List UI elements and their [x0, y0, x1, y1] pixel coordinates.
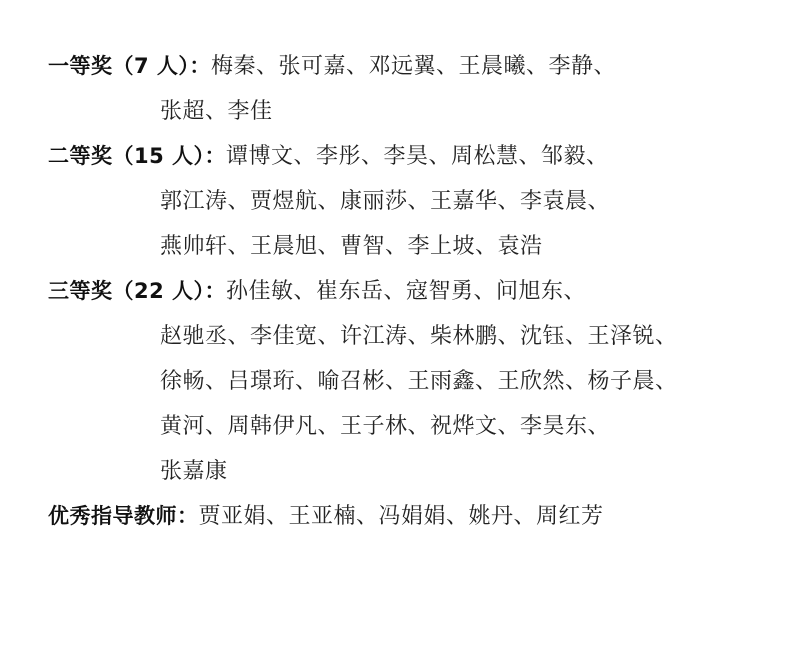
third-prize-names: 徐畅、吕璟珩、喻召彬、王雨鑫、王欣然、杨子晨、	[160, 369, 678, 394]
third-prize-names: 张嘉康	[160, 459, 228, 484]
third-prize-names: 赵驰丞、李佳宽、许江涛、柴林鹏、沈钰、王泽锐、	[160, 324, 678, 349]
first-prize-section: 一等奖（7 人）：梅秦、张可嘉、邓远翼、王晨曦、李静、 张超、李佳	[48, 44, 788, 134]
third-prize-line-3: 徐畅、吕璟珩、喻召彬、王雨鑫、王欣然、杨子晨、	[48, 359, 788, 404]
third-prize-names: 黄河、周韩伊凡、王子林、祝烨文、李昊东、	[160, 414, 610, 439]
second-prize-line-1: 二等奖（15 人）：谭博文、李彤、李昊、周松慧、邹毅、	[48, 134, 788, 179]
second-prize-line-3: 燕帅轩、王晨旭、曹智、李上坡、袁浩	[48, 224, 788, 269]
second-prize-names: 郭江涛、贾煜航、康丽莎、王嘉华、李袁晨、	[160, 189, 610, 214]
excellent-advisors-names: 贾亚娟、王亚楠、冯娟娟、姚丹、周红芳	[199, 504, 604, 529]
third-prize-line-2: 赵驰丞、李佳宽、许江涛、柴林鹏、沈钰、王泽锐、	[48, 314, 788, 359]
first-prize-names: 张超、李佳	[160, 99, 273, 124]
excellent-advisors-line-1: 优秀指导教师：贾亚娟、王亚楠、冯娟娟、姚丹、周红芳	[48, 494, 788, 539]
third-prize-names: 孙佳敏、崔东岳、寇智勇、问旭东、	[226, 279, 586, 304]
excellent-advisors-label: 优秀指导教师：	[48, 504, 199, 528]
third-prize-line-5: 张嘉康	[48, 449, 788, 494]
third-prize-line-1: 三等奖（22 人）：孙佳敏、崔东岳、寇智勇、问旭东、	[48, 269, 788, 314]
award-list-document: 一等奖（7 人）：梅秦、张可嘉、邓远翼、王晨曦、李静、 张超、李佳 二等奖（15…	[48, 44, 788, 539]
second-prize-section: 二等奖（15 人）：谭博文、李彤、李昊、周松慧、邹毅、 郭江涛、贾煜航、康丽莎、…	[48, 134, 788, 269]
third-prize-label: 三等奖（22 人）：	[48, 279, 226, 303]
first-prize-line-1: 一等奖（7 人）：梅秦、张可嘉、邓远翼、王晨曦、李静、	[48, 44, 788, 89]
third-prize-line-4: 黄河、周韩伊凡、王子林、祝烨文、李昊东、	[48, 404, 788, 449]
second-prize-line-2: 郭江涛、贾煜航、康丽莎、王嘉华、李袁晨、	[48, 179, 788, 224]
first-prize-line-2: 张超、李佳	[48, 89, 788, 134]
excellent-advisors-section: 优秀指导教师：贾亚娟、王亚楠、冯娟娟、姚丹、周红芳	[48, 494, 788, 539]
second-prize-names: 燕帅轩、王晨旭、曹智、李上坡、袁浩	[160, 234, 543, 259]
second-prize-label: 二等奖（15 人）：	[48, 144, 226, 168]
first-prize-label: 一等奖（7 人）：	[48, 54, 211, 78]
third-prize-section: 三等奖（22 人）：孙佳敏、崔东岳、寇智勇、问旭东、 赵驰丞、李佳宽、许江涛、柴…	[48, 269, 788, 494]
second-prize-names: 谭博文、李彤、李昊、周松慧、邹毅、	[226, 144, 609, 169]
first-prize-names: 梅秦、张可嘉、邓远翼、王晨曦、李静、	[211, 54, 616, 79]
